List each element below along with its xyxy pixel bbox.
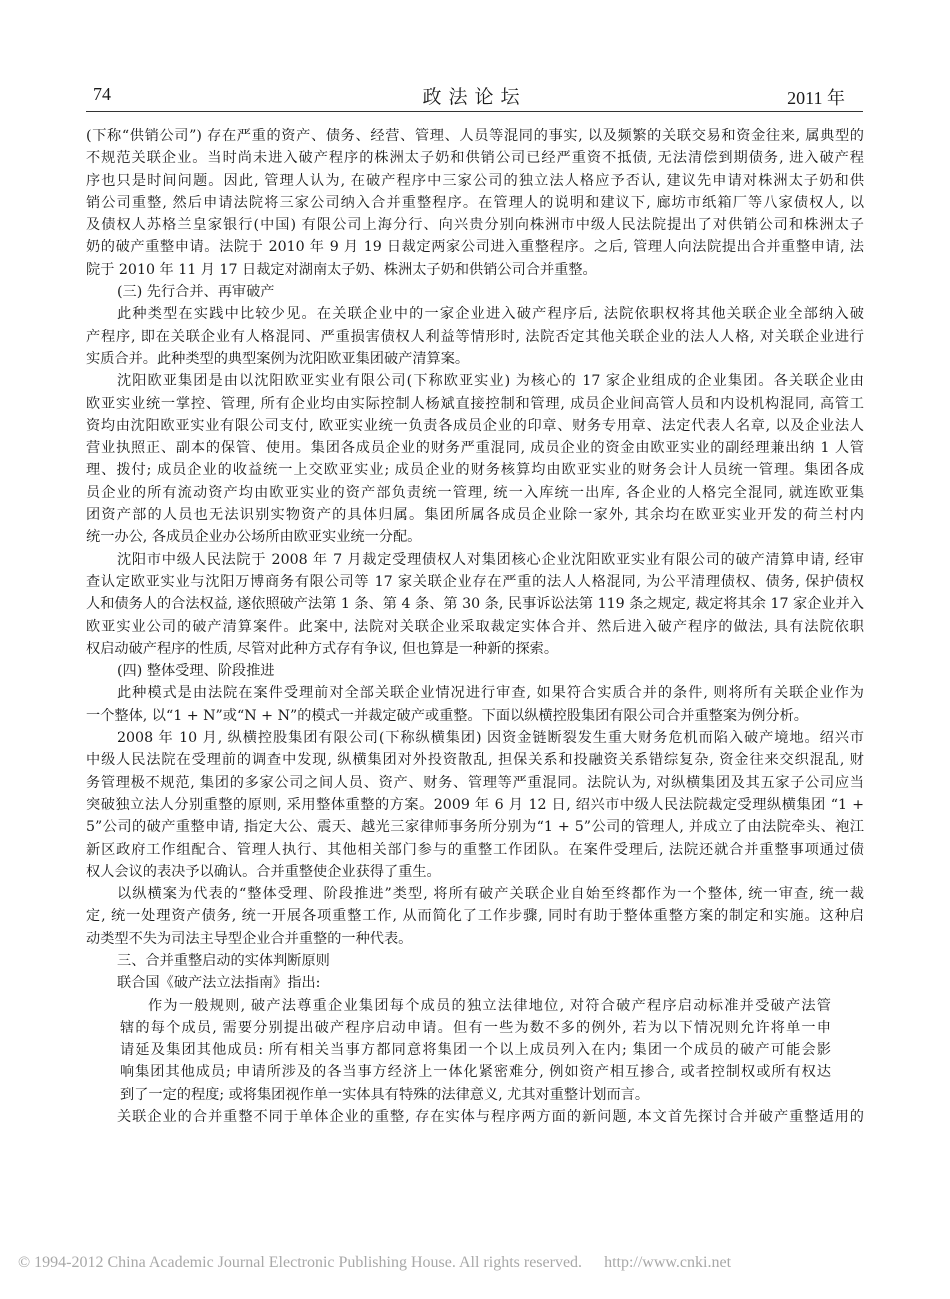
paragraph: 2008 年 10 月, 纵横控股集团有限公司(下称纵横集团) 因资金链断裂发生… xyxy=(86,727,864,883)
copyright-text: © 1994-2012 China Academic Journal Elect… xyxy=(18,1254,582,1271)
text-line: 沈阳欧亚集团是由以沈阳欧亚实业有限公司(下称欧亚实业) 为核心的 17 家企业组… xyxy=(86,370,864,392)
publication-year: 2011 年 xyxy=(787,84,845,110)
section-heading: 三、合并重整启动的实体判断原则 xyxy=(86,950,864,972)
section-heading: (三) 先行合并、再审破产 xyxy=(86,281,864,303)
paragraph: 联合国《破产法立法指南》指出: xyxy=(86,972,864,994)
text-line: 及债权人苏格兰皇家银行(中国) 有限公司上海分行、向兴贵分别向株洲市中级人民法院… xyxy=(86,214,864,236)
text-line: 查认定欧亚实业与沈阳万博商务有限公司等 17 家关联企业存在严重的法人人格混同,… xyxy=(86,571,864,593)
text-line: (四) 整体受理、阶段推进 xyxy=(86,660,864,682)
cnki-link[interactable]: http://www.cnki.net xyxy=(604,1254,731,1271)
text-line: 响集团其他成员; 申请所涉及的各当事方经济上一体化紧密难分, 例如资产相互掺合,… xyxy=(120,1061,831,1083)
text-line: 营业执照正、副本的保管、使用。集团各成员企业的财务严重混同, 成员企业的资金由欧… xyxy=(86,437,864,459)
text-line: (三) 先行合并、再审破产 xyxy=(86,281,864,303)
text-line: (下称“供销公司”) 存在严重的资产、债务、经营、管理、人员等混同的事实, 以及… xyxy=(86,125,864,147)
copyright-footer: © 1994-2012 China Academic Journal Elect… xyxy=(18,1254,731,1272)
text-line: 沈阳市中级人民法院于 2008 年 7 月裁定受理债权人对集团核心企业沈阳欧亚实… xyxy=(86,549,864,571)
text-line: 联合国《破产法立法指南》指出: xyxy=(86,972,864,994)
text-line: 此种模式是由法院在案件受理前对全部关联企业情况进行审查, 如果符合实质合并的条件… xyxy=(86,682,864,704)
text-line: 关联企业的合并重整不同于单体企业的重整, 存在实体与程序两方面的新问题, 本文首… xyxy=(86,1106,864,1128)
text-line: 中级人民法院在受理前的调查中发现, 纵横集团对外投资散乱, 担保关系和投融资关系… xyxy=(86,749,864,771)
paragraph: (下称“供销公司”) 存在严重的资产、债务、经营、管理、人员等混同的事实, 以及… xyxy=(86,125,864,281)
text-line: 团资产部的人员也无法识别实物资产的具体归属。集团所属各成员企业除一家外, 其余均… xyxy=(86,504,864,526)
text-line: 以纵横案为代表的“整体受理、阶段推进”类型, 将所有破产关联企业自始至终都作为一… xyxy=(86,883,864,905)
text-line: 务管理极不规范, 集团的多家公司之间人员、资产、财务、管理等严重混同。法院认为,… xyxy=(86,772,864,794)
text-line: 实质合并。此种类型的典型案例为沈阳欧亚集团破产清算案。 xyxy=(86,348,864,370)
text-line: 新区政府工作组配合、管理人执行、其他相关部门参与的重整工作团队。在案件受理后, … xyxy=(86,839,864,861)
text-line: 2008 年 10 月, 纵横控股集团有限公司(下称纵横集团) 因资金链断裂发生… xyxy=(86,727,864,749)
text-line: 销公司重整, 然后申请法院将三家公司纳入合并重整程序。在管理人的说明和建议下, … xyxy=(86,192,864,214)
article-body: (下称“供销公司”) 存在严重的资产、债务、经营、管理、人员等混同的事实, 以及… xyxy=(86,125,864,1128)
section-heading: (四) 整体受理、阶段推进 xyxy=(86,660,864,682)
text-line: 员企业的所有流动资产均由欧亚实业的资产部负责统一管理, 统一入库统一出库, 各企… xyxy=(86,482,864,504)
paragraph: 沈阳欧亚集团是由以沈阳欧亚实业有限公司(下称欧亚实业) 为核心的 17 家企业组… xyxy=(86,370,864,548)
paragraph: 此种类型在实践中比较少见。在关联企业中的一家企业进入破产程序后, 法院依职权将其… xyxy=(86,303,864,370)
text-line: 此种类型在实践中比较少见。在关联企业中的一家企业进入破产程序后, 法院依职权将其… xyxy=(86,303,864,325)
paragraph: 以纵横案为代表的“整体受理、阶段推进”类型, 将所有破产关联企业自始至终都作为一… xyxy=(86,883,864,950)
header-rule xyxy=(86,111,863,112)
text-line: 突破独立法人分别重整的原则, 采用整体重整的方案。2009 年 6 月 12 日… xyxy=(86,794,864,816)
paragraph: 此种模式是由法院在案件受理前对全部关联企业情况进行审查, 如果符合实质合并的条件… xyxy=(86,682,864,727)
text-line: 资均由沈阳欧亚实业有限公司支付, 欧亚实业统一负责各成员企业的印章、财务专用章、… xyxy=(86,415,864,437)
text-line: 统一办公, 各成员企业办公场所由欧亚实业统一分配。 xyxy=(86,526,864,548)
text-line: 权启动破产程序的性质, 尽管对此种方式存有争议, 但也算是一种新的探索。 xyxy=(86,638,864,660)
text-line: 请延及集团其他成员: 所有相关当事方都同意将集团一个以上成员列入在内; 集团一个… xyxy=(120,1039,831,1061)
paragraph: 关联企业的合并重整不同于单体企业的重整, 存在实体与程序两方面的新问题, 本文首… xyxy=(86,1106,864,1128)
text-line: 人和债务人的合法权益, 遂依照破产法第 1 条、第 4 条、第 30 条, 民事… xyxy=(86,593,864,615)
text-line: 一个整体, 以“1 + N”或“N + N”的模式一并裁定破产或重整。下面以纵横… xyxy=(86,705,864,727)
text-line: 产程序, 即在关联企业有人格混同、严重损害债权人利益等情形时, 法院否定其他关联… xyxy=(86,326,864,348)
text-line: 三、合并重整启动的实体判断原则 xyxy=(86,950,864,972)
text-line: 5”公司的破产重整申请, 指定大公、震天、越光三家律师事务所分别为“1 + 5”… xyxy=(86,816,864,838)
text-line: 奶的破产重整申请。法院于 2010 年 9 月 19 日裁定两家公司进入重整程序… xyxy=(86,236,864,258)
text-line: 欧亚实业统一掌控、管理, 所有企业均由实际控制人杨斌直接控制和管理, 成员企业间… xyxy=(86,393,864,415)
journal-title: 政法论坛 xyxy=(86,82,863,109)
text-line: 作为一般规则, 破产法尊重企业集团每个成员的独立法律地位, 对符合破产程序启动标… xyxy=(120,995,831,1017)
text-line: 院于 2010 年 11 月 17 日裁定对湖南太子奶、株洲太子奶和供销公司合并… xyxy=(86,259,864,281)
text-line: 序也只是时间问题。因此, 管理人认为, 在破产程序中三家公司的独立法人格应予否认… xyxy=(86,170,864,192)
text-line: 不规范关联企业。当时尚未进入破产程序的株洲太子奶和供销公司已经严重资不抵债, 无… xyxy=(86,147,864,169)
running-header: 74 政法论坛 2011 年 xyxy=(86,84,863,108)
text-line: 权人会议的表决予以确认。合并重整使企业获得了重生。 xyxy=(86,861,864,883)
text-line: 理、拨付; 成员企业的收益统一上交欧亚实业; 成员企业的财务核算均由欧亚实业的财… xyxy=(86,459,864,481)
text-line: 辖的每个成员, 需要分别提出破产程序启动申请。但有一些为数不多的例外, 若为以下… xyxy=(120,1017,831,1039)
paragraph: 沈阳市中级人民法院于 2008 年 7 月裁定受理债权人对集团核心企业沈阳欧亚实… xyxy=(86,549,864,660)
text-line: 到了一定的程度; 或将集团视作单一实体具有特殊的法律意义, 尤其对重整计划而言。 xyxy=(120,1084,831,1106)
block-quote: 作为一般规则, 破产法尊重企业集团每个成员的独立法律地位, 对符合破产程序启动标… xyxy=(86,995,864,1106)
text-line: 欧亚实业公司的破产清算案件。此案中, 法院对关联企业采取裁定实体合并、然后进入破… xyxy=(86,616,864,638)
text-line: 定, 统一处理资产债务, 统一开展各项重整工作, 从而简化了工作步骤, 同时有助… xyxy=(86,905,864,927)
text-line: 动类型不失为司法主导型企业合并重整的一种代表。 xyxy=(86,928,864,950)
